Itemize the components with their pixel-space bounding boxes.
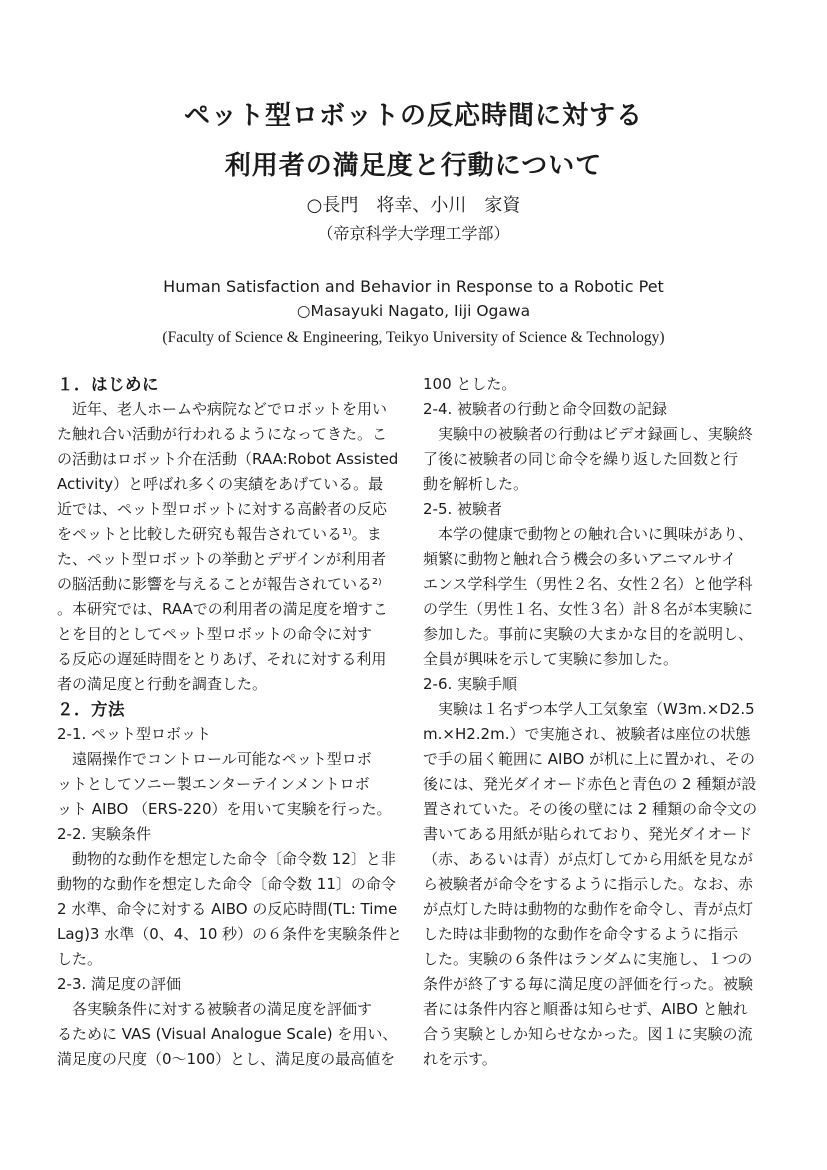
text-line: 2-2. 実験条件: [57, 822, 410, 847]
text-line: 動物的な動作を想定した命令〔命令数 12〕と非: [57, 847, 410, 872]
text-line: 参加した。事前に実験の大まかな目的を説明し、: [423, 622, 776, 647]
text-line: るために VAS (Visual Analogue Scale) を用い、: [57, 1022, 410, 1047]
two-column-body: １．はじめに 近年、老人ホームや病院などでロボットを用いた触れ合い活動が行われる…: [57, 372, 776, 1072]
text-line: 2-6. 実験手順: [423, 672, 776, 697]
affiliation-ja: （帝京科学大学理工学部）: [0, 225, 827, 243]
text-line: エンス学科学生（男性２名、女性２名）と他学科: [423, 572, 776, 597]
text-line: 実験中の被験者の行動はビデオ録画し、実験終: [423, 422, 776, 447]
text-line: 実験は１名ずつ本学人工気象室（W3m.×D2.5: [423, 697, 776, 722]
text-line: た触れ合い活動が行われるようになってきた。こ: [57, 422, 410, 447]
text-line: 全員が興味を示して実験に参加した。: [423, 647, 776, 672]
text-line: した。実験の６条件はランダムに実施し、１つの: [423, 947, 776, 972]
text-line: る反応の遅延時間をとりあげ、それに対する利用: [57, 647, 410, 672]
text-line: 。本研究では、RAAでの利用者の満足度を増すこ: [57, 597, 410, 622]
text-line: m.×H2.2m.）で実施され、被験者は座位の状態: [423, 722, 776, 747]
text-line: 後には、発光ダイオード赤色と青色の 2 種類が設: [423, 772, 776, 797]
text-line: ットとしてソニー製エンターテインメントロボ: [57, 772, 410, 797]
text-line: ２．方法: [57, 697, 410, 722]
text-line: 遠隔操作でコントロール可能なペット型ロボ: [57, 747, 410, 772]
text-line: 動物的な動作を想定した命令〔命令数 11〕の命令: [57, 872, 410, 897]
text-line: ら被験者が命令をするように指示した。なお、赤: [423, 872, 776, 897]
text-line: 2-5. 被験者: [423, 497, 776, 522]
text-line: ット AIBO （ERS-220）を用いて実験を行った。: [57, 797, 410, 822]
left-column: １．はじめに 近年、老人ホームや病院などでロボットを用いた触れ合い活動が行われる…: [57, 372, 410, 1072]
text-line: 各実験条件に対する被験者の満足度を評価す: [57, 997, 410, 1022]
text-line: 2-3. 満足度の評価: [57, 972, 410, 997]
text-line: 頻繁に動物と触れ合う機会の多いアニマルサイ: [423, 547, 776, 572]
text-line: とを目的としてペット型ロボットの命令に対す: [57, 622, 410, 647]
title-ja-line2: 利用者の満足度と行動について: [0, 152, 827, 180]
text-line: 2-4. 被験者の行動と命令回数の記録: [423, 397, 776, 422]
text-line: 満足度の尺度（0〜100）とし、満足度の最高値を: [57, 1047, 410, 1072]
title-ja-line1: ペット型ロボットの反応時間に対する: [0, 102, 827, 130]
text-line: 動を解析した。: [423, 472, 776, 497]
text-line: した時は非動物的な動作を命令するように指示: [423, 922, 776, 947]
text-line: 100 とした。: [423, 372, 776, 397]
authors-ja: ○長門 将幸、小川 家資: [0, 196, 827, 216]
text-line: 近では、ペット型ロボットに対する高齢者の反応: [57, 497, 410, 522]
text-line: 者には条件内容と順番は知らせず、AIBO と触れ: [423, 997, 776, 1022]
text-line: 2-1. ペット型ロボット: [57, 722, 410, 747]
text-line: （赤、あるいは青）が点灯してから用紙を見なが: [423, 847, 776, 872]
text-line: をペットと比較した研究も報告されている¹⁾。ま: [57, 522, 410, 547]
text-line: 置されていた。その後の壁には 2 種類の命令文の: [423, 797, 776, 822]
text-line: の脳活動に影響を与えることが報告されている²⁾: [57, 572, 410, 597]
text-line: の学生（男性１名、女性３名）計８名が本実験に: [423, 597, 776, 622]
text-line: 2 水準、命令に対する AIBO の反応時間(TL: Time: [57, 897, 410, 922]
text-line: 本学の健康で動物との触れ合いに興味があり、: [423, 522, 776, 547]
affiliation-en: (Faculty of Science & Engineering, Teiky…: [0, 329, 827, 346]
text-line: 書いてある用紙が貼られており、発光ダイオード: [423, 822, 776, 847]
text-line: で手の届く範囲に AIBO が机に上に置かれ、その: [423, 747, 776, 772]
text-line: Lag)3 水準（0、4、10 秒）の６条件を実験条件と: [57, 922, 410, 947]
paper-page: ペット型ロボットの反応時間に対する 利用者の満足度と行動について ○長門 将幸、…: [0, 0, 827, 1170]
text-line: れを示す。: [423, 1047, 776, 1072]
text-line: した。: [57, 947, 410, 972]
authors-en: ○Masayuki Nagato, Iiji Ogawa: [0, 303, 827, 320]
text-line: 条件が終了する毎に満足度の評価を行った。被験: [423, 972, 776, 997]
text-line: Activity）と呼ばれ多くの実績をあげている。最: [57, 472, 410, 497]
text-line: の活動はロボット介在活動（RAA:Robot Assisted: [57, 447, 410, 472]
right-column: 100 とした。2-4. 被験者の行動と命令回数の記録 実験中の被験者の行動はビ…: [423, 372, 776, 1072]
text-line: が点灯した時は動物的な動作を命令し、青が点灯: [423, 897, 776, 922]
text-line: 合う実験としか知らせなかった。図１に実験の流: [423, 1022, 776, 1047]
text-line: 者の満足度と行動を調査した。: [57, 672, 410, 697]
text-line: 了後に被験者の同じ命令を繰り返した回数と行: [423, 447, 776, 472]
title-en: Human Satisfaction and Behavior in Respo…: [0, 278, 827, 296]
text-line: １．はじめに: [57, 372, 410, 397]
text-line: た、ペット型ロボットの挙動とデザインが利用者: [57, 547, 410, 572]
paper-header: ペット型ロボットの反応時間に対する 利用者の満足度と行動について ○長門 将幸、…: [0, 0, 827, 346]
text-line: 近年、老人ホームや病院などでロボットを用い: [57, 397, 410, 422]
